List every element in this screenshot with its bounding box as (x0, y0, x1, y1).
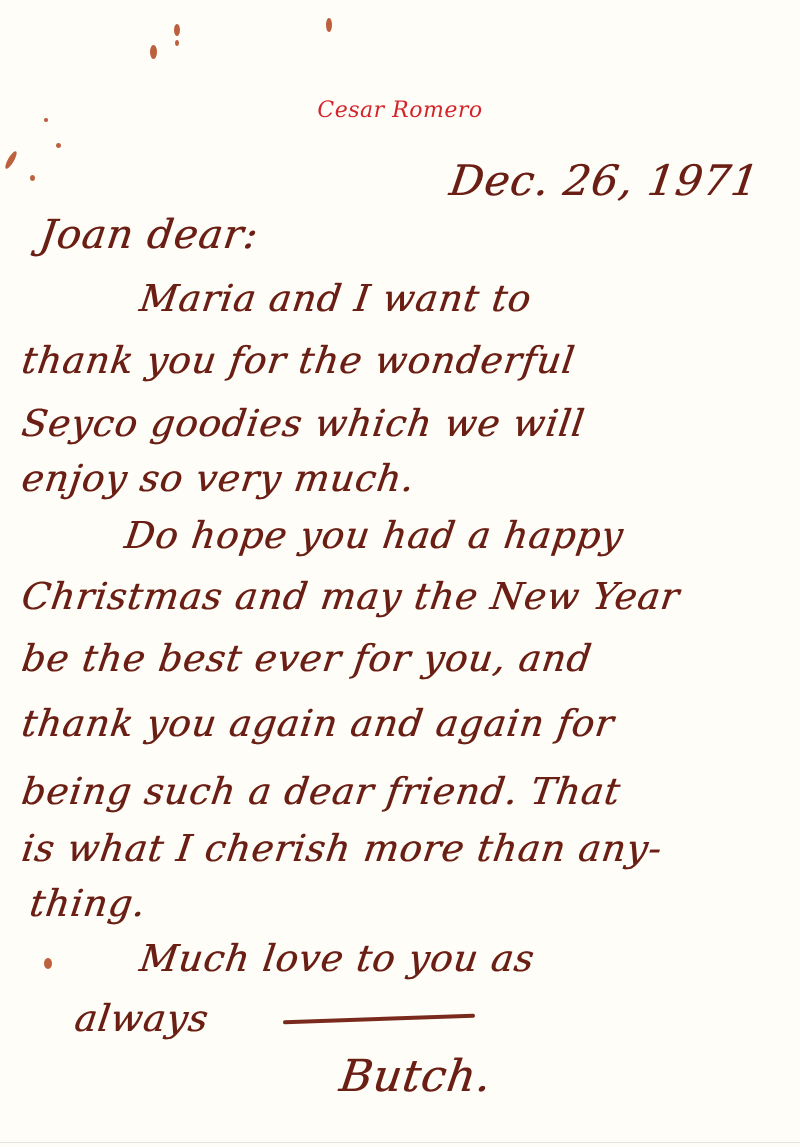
stain-spot (30, 175, 35, 181)
closing-line: Much love to you as (137, 940, 537, 977)
stain-spot (56, 143, 61, 148)
stain-spot (175, 40, 179, 46)
signature: Butch. (337, 1055, 495, 1099)
stain-spot (3, 150, 18, 170)
stain-spot (150, 45, 157, 59)
closing-dash (283, 1014, 475, 1025)
body-line: be the best ever for you, and (19, 640, 594, 677)
body-line: enjoy so very much. (19, 460, 417, 497)
closing-line: always (72, 1000, 211, 1037)
body-line: being such a dear friend. That (19, 773, 623, 810)
body-line: is what I cherish more than any- (19, 830, 664, 867)
letter-page: Cesar Romero Dec. 26, 1971 Joan dear: Ma… (0, 0, 800, 1147)
body-line: thank you for the wonderful (19, 342, 577, 379)
stain-spot (44, 958, 52, 969)
stain-spot (174, 24, 180, 36)
body-line: Maria and I want to (137, 280, 534, 317)
salutation: Joan dear: (37, 215, 261, 255)
body-line: thank you again and again for (19, 705, 616, 742)
body-line: thing. (27, 885, 148, 922)
letter-date: Dec. 26, 1971 (447, 160, 762, 202)
body-line: Christmas and may the New Year (19, 578, 682, 615)
stain-spot (326, 18, 332, 32)
letterhead-name: Cesar Romero (0, 98, 800, 123)
body-line: Seyco goodies which we will (19, 405, 587, 442)
body-line: Do hope you had a happy (122, 517, 625, 554)
